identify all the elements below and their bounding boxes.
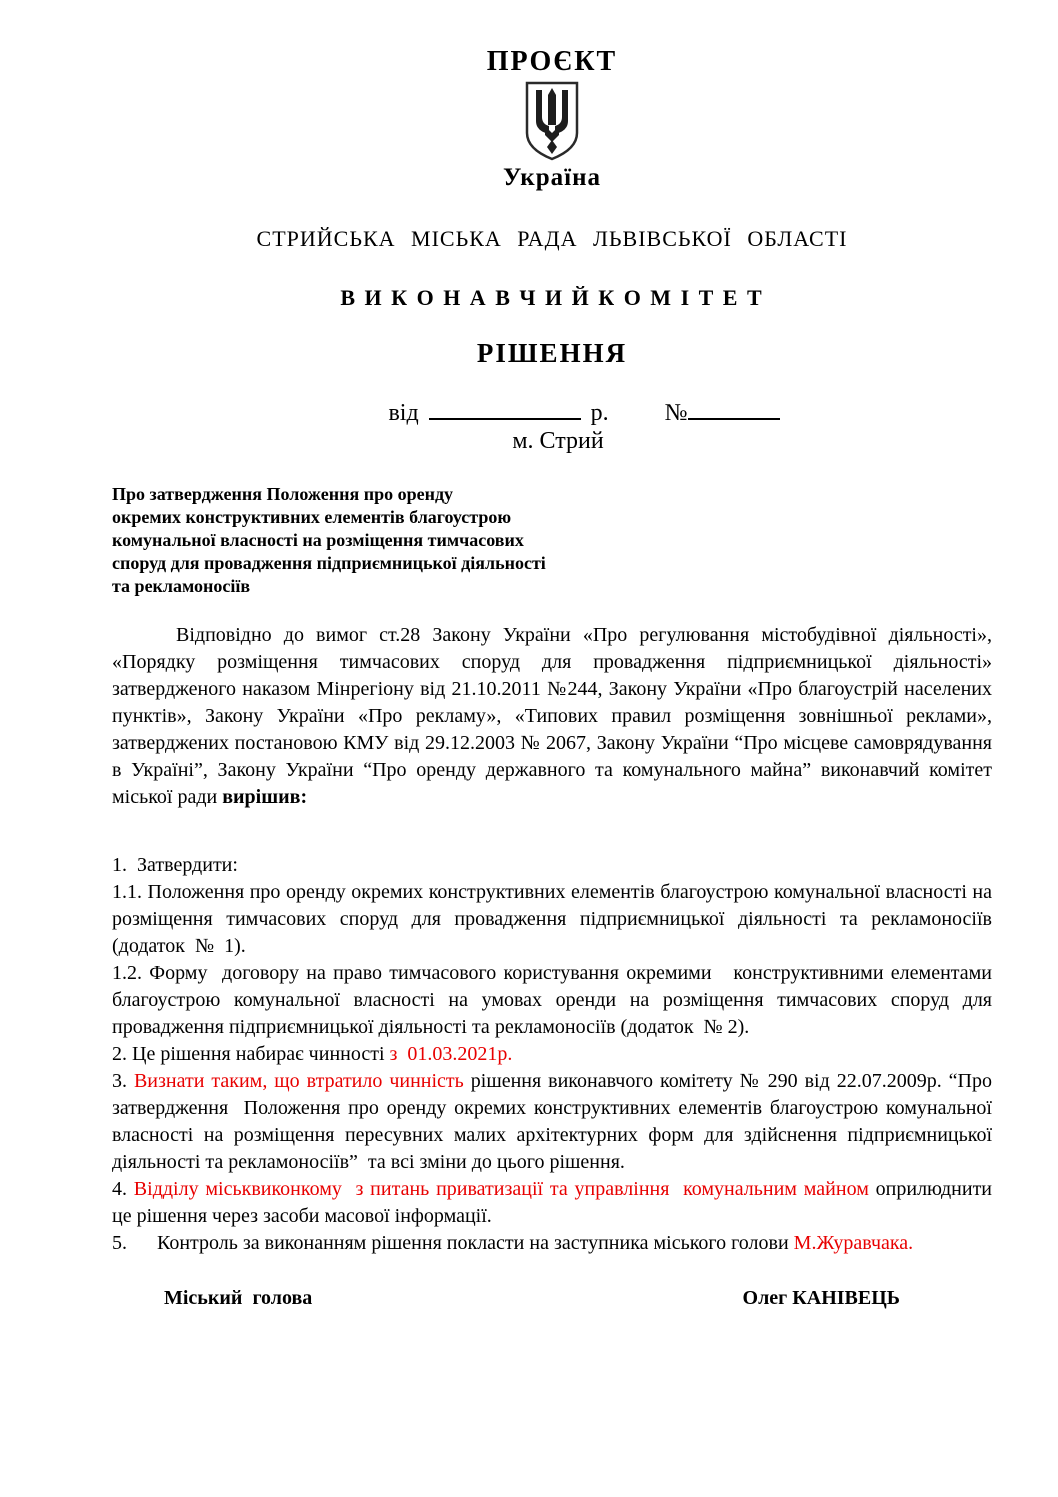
decision-item-3: 3. Визнати таким, що втратило чинність р… [112, 1068, 992, 1176]
decision-item-1-2: 1.2. Форму договору на право тимчасового… [112, 960, 992, 1041]
date-number-line: відр.№ [144, 395, 1024, 427]
signatory-name: Олег КАНІВЕЦЬ [743, 1287, 900, 1310]
subject-line: окремих конструктивних елементів благоус… [112, 506, 992, 529]
document-page: ПРОЄКТ Україна СТРИЙСЬКА МІСЬКА РАДА ЛЬВ… [0, 0, 1058, 1310]
country-label: Україна [112, 164, 992, 192]
document-type-title: РІШЕННЯ [112, 338, 992, 369]
subject-line: комунальної власності на розміщення тимч… [112, 529, 992, 552]
decision-item-5: 5. Контроль за виконанням рішення поклас… [112, 1230, 992, 1257]
committee-name: В И К О Н А В Ч И Й К О М І Т Е Т [112, 285, 992, 311]
ukraine-trident-emblem-icon [112, 81, 992, 161]
year-suffix-label: р. [591, 400, 609, 426]
preamble-paragraph: Відповідно до вимог ст.28 Закону України… [112, 622, 992, 811]
date-from-label: від [388, 400, 418, 426]
decision-item-1-1: 1.1. Положення про оренду окремих констр… [112, 879, 992, 960]
subject-line: споруд для провадження підприємницької д… [112, 552, 992, 575]
decision-item-4: 4. Відділу міськвиконкому з питань прива… [112, 1176, 992, 1230]
subject-line: Про затвердження Положення про оренду [112, 483, 992, 506]
number-label: № [665, 400, 688, 426]
subject-block: Про затвердження Положення про оренду ок… [112, 483, 992, 598]
draft-label: ПРОЄКТ [112, 46, 992, 78]
number-blank-field [688, 395, 780, 420]
date-blank-field [429, 395, 581, 420]
signatory-title: Міський голова [164, 1287, 312, 1310]
decision-item-1: 1. Затвердити: [112, 852, 992, 879]
council-name: СТРИЙСЬКА МІСЬКА РАДА ЛЬВІВСЬКОЇ ОБЛАСТІ [112, 226, 992, 252]
document-header: ПРОЄКТ Україна СТРИЙСЬКА МІСЬКА РАДА ЛЬВ… [112, 46, 992, 455]
signature-row: Міський голова Олег КАНІВЕЦЬ [112, 1287, 992, 1310]
city-label: м. Стрий [118, 428, 998, 455]
subject-line: та рекламоносіїв [112, 575, 992, 598]
decision-item-2: 2. Це рішення набирає чинності з 01.03.2… [112, 1041, 992, 1068]
